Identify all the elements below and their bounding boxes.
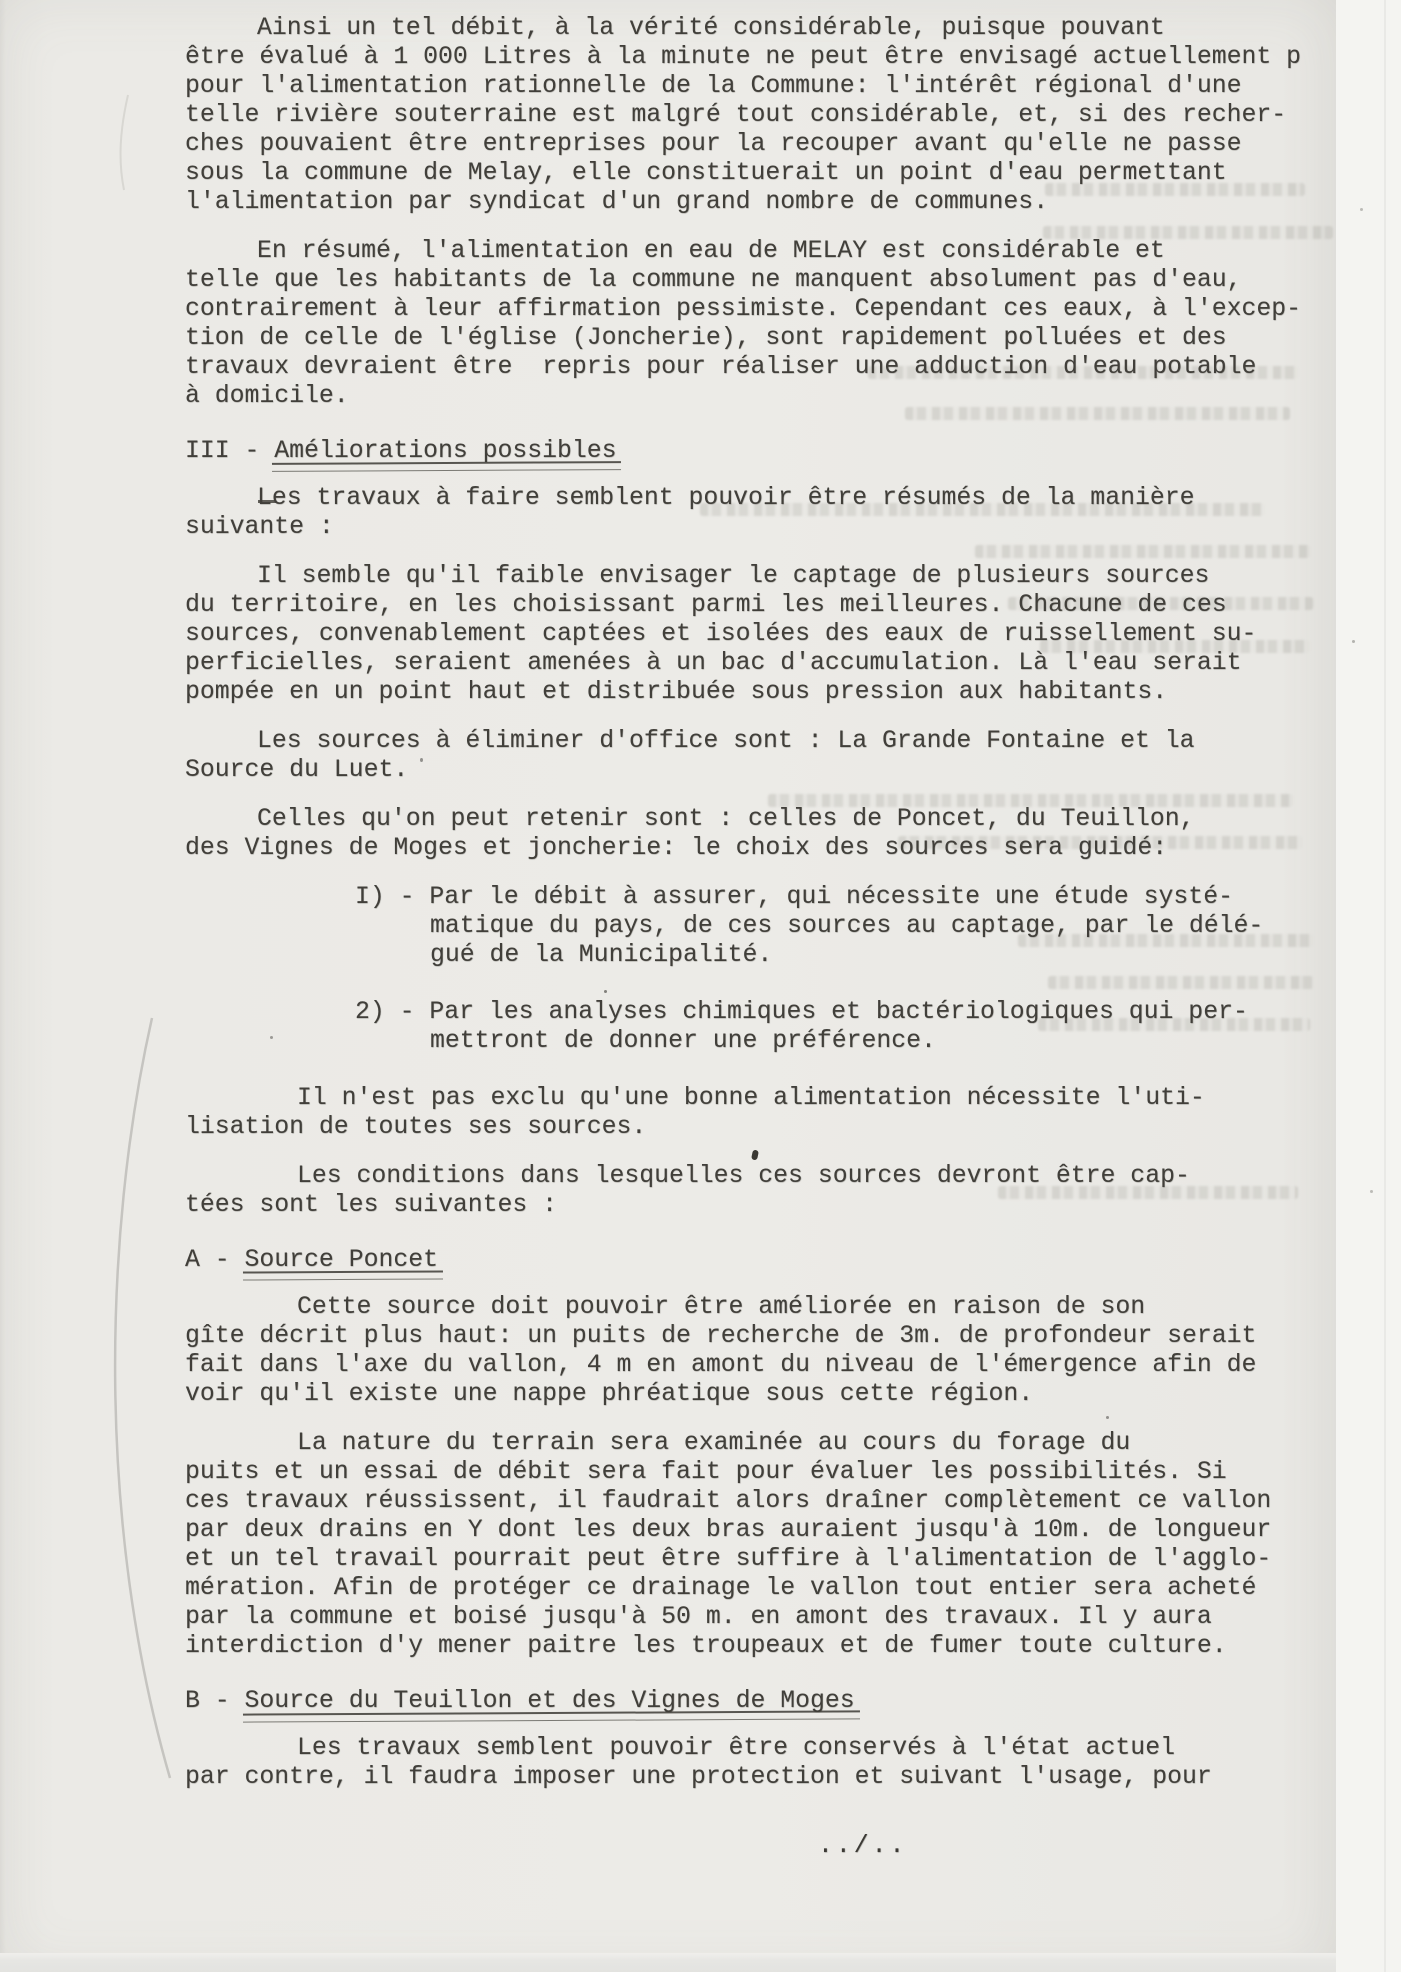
- section-heading-iii: III - Améliorations possibles: [185, 437, 1328, 466]
- heading-letter: B -: [185, 1687, 245, 1715]
- dust-speck: [1360, 208, 1363, 211]
- paragraph-teuillon: Les travaux semblent pouvoir être conser…: [185, 1734, 1328, 1792]
- dust-speck: [1370, 1190, 1373, 1193]
- heading-title: Source Poncet: [245, 1246, 438, 1274]
- paragraph-sources-retenir: Celles qu'on peut retenir sont : celles …: [185, 805, 1328, 863]
- heading-number: III -: [185, 437, 274, 465]
- subsection-heading-a: A - Source Poncet: [185, 1246, 1328, 1275]
- paragraph-travaux: Les travaux à faire semblent pouvoir êtr…: [185, 484, 1328, 542]
- paragraph-source-poncet: Cette source doit pouvoir être améliorée…: [185, 1293, 1328, 1409]
- paragraph-conditions: Les conditions dans lesquelles ces sourc…: [185, 1162, 1328, 1220]
- page-text: Ainsi un tel débit, à la vérité considér…: [0, 0, 1336, 1792]
- scan-bottom-edge: [0, 1953, 1336, 1972]
- list-item-2: 2) - Par les analyses chimiques et bacté…: [355, 998, 1328, 1056]
- dust-speck: [1352, 640, 1355, 643]
- paragraph-debit: Ainsi un tel débit, à la vérité considér…: [185, 14, 1328, 217]
- scanned-document: Ainsi un tel débit, à la vérité considér…: [0, 0, 1401, 1972]
- paragraph-sources-eliminer: Les sources à éliminer d'office sont : L…: [185, 727, 1328, 785]
- subsection-heading-b: B - Source du Teuillon et des Vignes de …: [185, 1687, 1328, 1716]
- page-continuation-mark: ../..: [818, 1832, 907, 1860]
- scanner-seam: [1384, 0, 1386, 1972]
- paragraph-captage: Il semble qu'il faible envisager le capt…: [185, 562, 1328, 707]
- heading-title: Améliorations possibles: [274, 437, 616, 465]
- paragraph-utilisation: Il n'est pas exclu qu'une bonne alimenta…: [185, 1084, 1328, 1142]
- paragraph-resume: En résumé, l'alimentation en eau de MELA…: [185, 237, 1328, 411]
- heading-title: Source du Teuillon et des Vignes de Moge…: [245, 1687, 855, 1715]
- paper-sheet: Ainsi un tel débit, à la vérité considér…: [0, 0, 1336, 1972]
- paragraph-nature-terrain: La nature du terrain sera examinée au co…: [185, 1429, 1328, 1661]
- heading-letter: A -: [185, 1246, 245, 1274]
- list-item-1: I) - Par le débit à assurer, qui nécessi…: [355, 883, 1328, 970]
